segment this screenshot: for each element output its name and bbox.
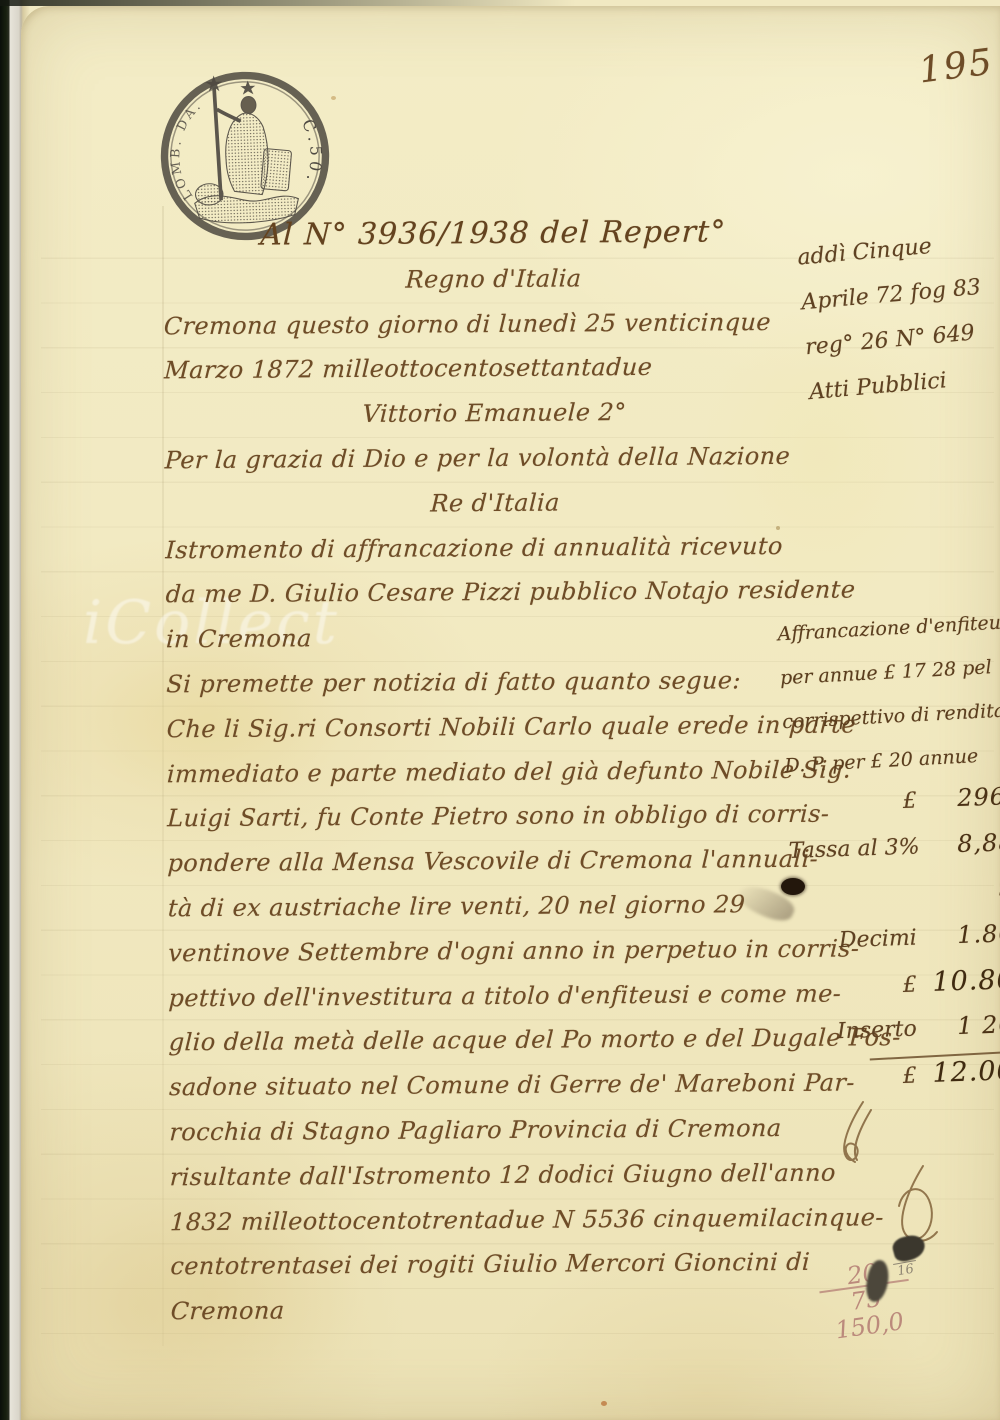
manuscript-line: centotrentasei dei rogiti Giulio Mercori… [169, 1240, 831, 1289]
manuscript-line: glio della metà delle acque del Po morto… [168, 1016, 830, 1065]
manuscript-line: Cremona questo giorno di lunedì 25 venti… [163, 299, 825, 348]
fee-row: Decimi 1.80 [788, 919, 1000, 972]
manuscript-line: sadone situato nel Comune di Gerre de' M… [168, 1061, 830, 1110]
fee-amount: 10.80 [930, 964, 1000, 998]
manuscript-line: Regno d'Italia [163, 254, 825, 303]
fee-row: Inserto 1 20 [788, 1010, 1000, 1063]
fees-account-column: £ 296. Tassa al 3% 8,88 9 Decimi 1.80 [789, 786, 1000, 1105]
document-scan: iCollect [0, 0, 1000, 1420]
manuscript-line: risultante dall'Istromento 12 dodici Giu… [169, 1150, 831, 1199]
fee-label: £ [788, 972, 931, 1002]
manuscript-line: pettivo dell'investitura a titolo d'enfi… [168, 971, 830, 1020]
registration-note: addì CinqueAprile 72 fog 83reg° 26 N° 64… [796, 217, 1000, 415]
fee-label: Decimi [788, 924, 931, 954]
fee-label: Tassa al 3% [788, 833, 934, 863]
fee-amount: 1.80 [930, 919, 1000, 950]
fee-amount: 296. [930, 782, 1000, 813]
manuscript-line: Per la grazia di Dio e per la volontà de… [164, 434, 826, 483]
fee-amount: 1 20 [930, 1010, 1000, 1041]
fee-amount: 9 [930, 873, 1000, 904]
fee-row: £ 296. [788, 782, 1000, 835]
manuscript-line: ventinove Settembre d'ogni anno in perpe… [167, 926, 829, 975]
manuscript-line: in Cremona [165, 613, 827, 662]
manuscript-line: immediato e parte mediato del già defunt… [166, 747, 828, 796]
fee-amount: 12.00 [930, 1055, 1000, 1089]
fee-amount: 8,88 [933, 828, 1000, 859]
manuscript-line: 1832 milleottocentotrentadue N 5536 cinq… [169, 1195, 831, 1244]
fraction-denominator: 16 [893, 1261, 918, 1279]
manuscript-line: Si premette per notizia di fatto quanto … [165, 658, 827, 707]
manuscript-line: Luigi Sarti, fu Conte Pietro sono in obb… [166, 792, 828, 841]
fee-label: £ [788, 788, 931, 818]
manuscript-line: da me D. Giulio Cesare Pizzi pubblico No… [165, 568, 827, 617]
manuscript-line: Al N° 3936/1938 del Repert° [162, 210, 824, 259]
manuscript-line: tà di ex austriache lire venti, 20 nel g… [167, 882, 829, 931]
manuscript-line: Che li Sig.ri Consorti Nobili Carlo qual… [166, 702, 828, 751]
manuscript-line: Vittorio Emanuele 2° [163, 389, 825, 438]
fee-row: £ 10.80 [788, 964, 1000, 1017]
manuscript-line: Istromento di affrancazione di annualità… [164, 523, 826, 572]
manuscript-line: Cremona [170, 1285, 832, 1334]
deed-body-text: Al N° 3936/1938 del Repert°Regno d'Itali… [163, 210, 831, 1335]
fee-row: 9 [788, 873, 1000, 926]
stamp-seated-figure [190, 73, 299, 225]
manuscript-line: rocchia di Stagno Pagliaro Provincia di … [168, 1106, 830, 1155]
folio-number: 195 [917, 42, 996, 92]
fee-label [789, 898, 931, 903]
fee-label: £ [788, 1063, 931, 1093]
fee-row: Tassa al 3% 8,88 [788, 828, 1000, 881]
manuscript-line: Re d'Italia [164, 478, 826, 527]
manuscript-page: iCollect [21, 6, 1000, 1420]
manuscript-line: Marzo 1872 milleottocentosettantadue [163, 344, 825, 393]
manuscript-line: pondere alla Mensa Vescovile di Cremona … [167, 837, 829, 886]
fee-label: Inserto [788, 1015, 931, 1045]
affrancazione-note: Affrancazione d'enfiteusiper annue £ 17 … [777, 600, 1000, 788]
